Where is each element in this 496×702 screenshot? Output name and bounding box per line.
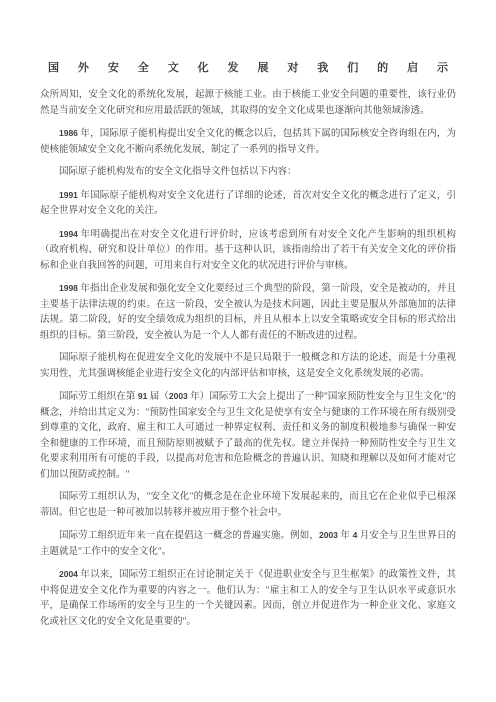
text-segment: 年明确提出在对安全文化进行评价时，应该考虑到所有对安全文化产生影响的组织机构（政…: [40, 230, 456, 271]
year-emphasis: 1991: [59, 190, 78, 200]
paragraph: 1986 年，国际原子能机构提出安全文化的概念以后，包括其下属的国际核安全咨询组…: [40, 126, 456, 158]
year-emphasis: 1994: [59, 229, 78, 239]
paragraph: 1994 年明确提出在对安全文化进行评价时，应该考虑到所有对安全文化产生影响的组…: [40, 227, 456, 275]
paragraph: 国际劳工组织在第 91 届（2003 年）国际劳工大会上提出了一种"国家预防性安…: [40, 389, 456, 483]
text-segment: 国际劳工组织在第: [59, 392, 138, 402]
text-segment: 国际劳工组织认为，"安全文化"的概念是在企业环境下发展起来的，而且它在企业似乎已…: [40, 492, 456, 518]
paragraph: 1998 年指出企业发展和强化安全文化要经过三个典型的阶段，第一阶段，安全是被动…: [40, 281, 456, 344]
paragraph: 国际劳工组织认为，"安全文化"的概念是在企业环境下发展起来的，而且它在企业似乎已…: [40, 490, 456, 521]
paragraph: 国际原子能机构发布的安全文化指导文件包括以下内容：: [40, 165, 456, 181]
paragraph: 国际劳工组织近年来一直在提倡这一概念的普遍实施。例如，2003 年 4 月安全与…: [40, 528, 456, 560]
text-segment: 国际原子能机构发布的安全文化指导文件包括以下内容：: [59, 167, 297, 177]
text-segment: 众所周知，安全文化的系统化发展，起源于核能工业。由于核能工业安全问题的重要性，该…: [40, 90, 456, 116]
paragraph: 国际原子能机构在促进安全文化的发展中不是只局限于一般概念和方法的论述，而是十分重…: [40, 351, 456, 382]
year-emphasis: 91: [138, 391, 147, 401]
document-body: 众所周知，安全文化的系统化发展，起源于核能工业。由于核能工业安全问题的重要性，该…: [40, 88, 456, 630]
document-title: 国外安全文化发展对我们的启示: [48, 60, 448, 77]
year-emphasis: 2003: [169, 391, 188, 401]
year-emphasis: 1986: [59, 128, 78, 138]
year-emphasis: 1998: [59, 283, 78, 293]
text-segment: 年: [338, 531, 353, 541]
paragraph: 1991 年国际原子能机构对安全文化进行了详细的论述，首次对安全文化的概念进行了…: [40, 188, 456, 220]
year-emphasis: 2004: [59, 569, 78, 579]
text-segment: 届（: [147, 392, 169, 402]
text-segment: 年以来，国际劳工组织正在讨论制定关于《促进职业安全与卫生框架》的政策性文件，其中…: [40, 570, 456, 627]
text-segment: 年）国际劳工大会上提出了一种"国家预防性安全与卫生文化"的概念，并给出其定义为：…: [40, 392, 456, 480]
text-segment: 国际原子能机构在促进安全文化的发展中不是只局限于一般概念和方法的论述，而是十分重…: [40, 353, 456, 379]
paragraph: 众所周知，安全文化的系统化发展，起源于核能工业。由于核能工业安全问题的重要性，该…: [40, 88, 456, 119]
year-emphasis: 2003: [319, 530, 338, 540]
document-page: 国外安全文化发展对我们的启示 众所周知，安全文化的系统化发展，起源于核能工业。由…: [0, 0, 496, 702]
text-segment: 年，国际原子能机构提出安全文化的概念以后，包括其下属的国际核安全咨询组在内，为使…: [40, 129, 456, 155]
text-segment: 年国际原子能机构对安全文化进行了详细的论述，首次对安全文化的概念进行了定义，引起…: [40, 191, 456, 217]
text-segment: 年指出企业发展和强化安全文化要经过三个典型的阶段，第一阶段，安全是被动的，并且主…: [40, 284, 456, 341]
text-segment: 国际劳工组织近年来一直在提倡这一概念的普遍实施。例如，: [59, 531, 319, 541]
paragraph: 2004 年以来，国际劳工组织正在讨论制定关于《促进职业安全与卫生框架》的政策性…: [40, 567, 456, 630]
